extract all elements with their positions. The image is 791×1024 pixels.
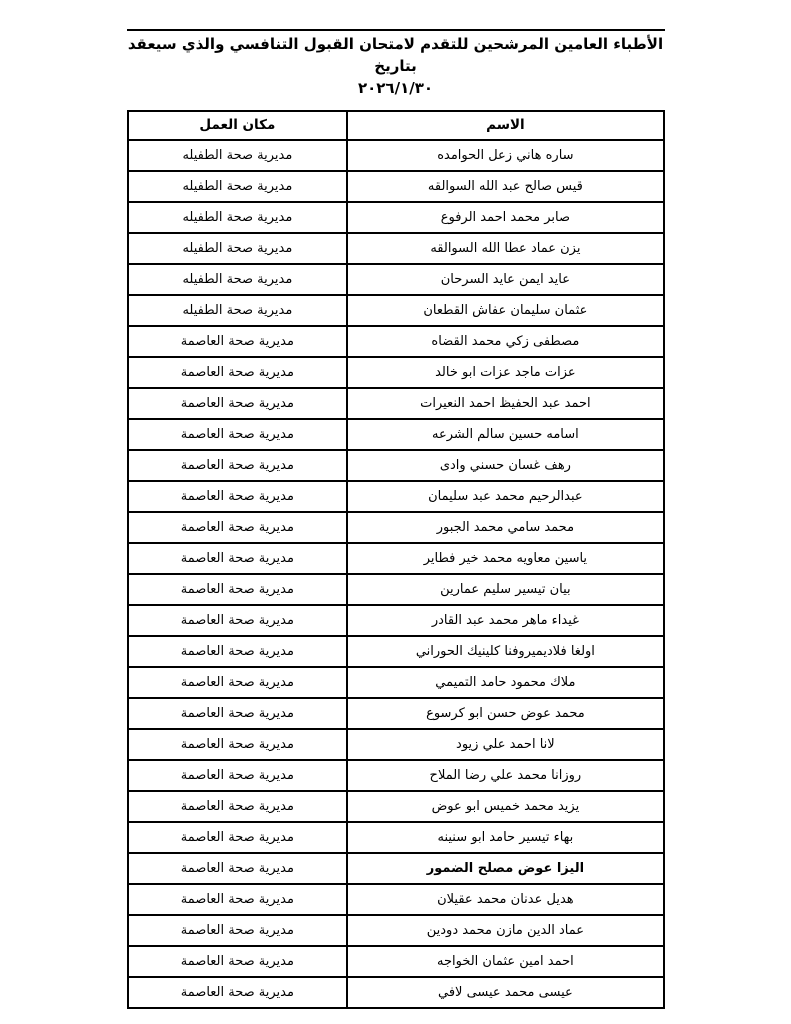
table-row: غيداء ماهر محمد عبد القادر مديرية صحة ال… [128, 605, 664, 636]
candidate-name-cell: عيسى محمد عيسى لافي [347, 977, 663, 1008]
candidate-name-cell: اولغا فلاديميروفنا كلينيك الحوراني [347, 636, 663, 667]
table-row: اليزا عوض مصلح الضمور مديرية صحة العاصمة [128, 853, 664, 884]
candidate-name-cell: رهف غسان حسني وادى [347, 450, 663, 481]
workplace-cell: مديرية صحة العاصمة [128, 636, 348, 667]
candidate-name-cell: ملاك محمود حامد التميمي [347, 667, 663, 698]
table-row: قيس صالح عبد الله السوالقه مديرية صحة ال… [128, 171, 664, 202]
workplace-cell: مديرية صحة العاصمة [128, 543, 348, 574]
candidate-name-cell: صابر محمد احمد الرفوع [347, 202, 663, 233]
candidate-name-cell: بيان تيسير سليم عمارين [347, 574, 663, 605]
workplace-cell: مديرية صحة العاصمة [128, 729, 348, 760]
table-header: الاسم مكان العمل [128, 111, 664, 140]
table-row: هديل عدنان محمد عقيلان مديرية صحة العاصم… [128, 884, 664, 915]
candidate-name-cell: لانا احمد علي زيود [347, 729, 663, 760]
document-sheet: الأطباء العامين المرشحين للتقدم لامتحان … [127, 0, 665, 1009]
workplace-cell: مديرية صحة العاصمة [128, 667, 348, 698]
column-header-workplace: مكان العمل [128, 111, 348, 140]
table-row: عثمان سليمان عفاش القطعان مديرية صحة الط… [128, 295, 664, 326]
workplace-cell: مديرية صحة الطفيله [128, 295, 348, 326]
candidate-name-cell: عثمان سليمان عفاش القطعان [347, 295, 663, 326]
workplace-cell: مديرية صحة العاصمة [128, 605, 348, 636]
candidate-name-cell: اليزا عوض مصلح الضمور [347, 853, 663, 884]
workplace-cell: مديرية صحة العاصمة [128, 915, 348, 946]
candidate-name-cell: عماد الدين مازن محمد دودين [347, 915, 663, 946]
candidate-name-cell: يزن عماد عطا الله السوالقه [347, 233, 663, 264]
table-body: ساره هاني زعل الحوامده مديرية صحة الطفيل… [128, 140, 664, 1008]
candidate-name-cell: عايد ايمن عايد السرحان [347, 264, 663, 295]
table-row: عبدالرحيم محمد عبد سليمان مديرية صحة الع… [128, 481, 664, 512]
table-row: صابر محمد احمد الرفوع مديرية صحة الطفيله [128, 202, 664, 233]
candidate-name-cell: محمد سامي محمد الجبور [347, 512, 663, 543]
table-row: احمد امين عثمان الخواجه مديرية صحة العاص… [128, 946, 664, 977]
table-row: رهف غسان حسني وادى مديرية صحة العاصمة [128, 450, 664, 481]
candidate-name-cell: غيداء ماهر محمد عبد القادر [347, 605, 663, 636]
workplace-cell: مديرية صحة الطفيله [128, 202, 348, 233]
title-block: الأطباء العامين المرشحين للتقدم لامتحان … [127, 29, 665, 99]
document-page: الأطباء العامين المرشحين للتقدم لامتحان … [0, 0, 791, 1024]
workplace-cell: مديرية صحة العاصمة [128, 450, 348, 481]
table-row: عيسى محمد عيسى لافي مديرية صحة العاصمة [128, 977, 664, 1008]
candidate-name-cell: محمد عوض حسن ابو كرسوع [347, 698, 663, 729]
workplace-cell: مديرية صحة العاصمة [128, 791, 348, 822]
table-row: اسامه حسين سالم الشرعه مديرية صحة العاصم… [128, 419, 664, 450]
table-row: محمد سامي محمد الجبور مديرية صحة العاصمة [128, 512, 664, 543]
candidate-name-cell: يزيد محمد خميس ابو عوض [347, 791, 663, 822]
table-row: عماد الدين مازن محمد دودين مديرية صحة ال… [128, 915, 664, 946]
table-row: مصطفى زكي محمد القضاه مديرية صحة العاصمة [128, 326, 664, 357]
table-row: روزانا محمد علي رضا الملاح مديرية صحة ال… [128, 760, 664, 791]
candidate-name-cell: عزات ماجد عزات ابو خالد [347, 357, 663, 388]
column-header-name: الاسم [347, 111, 663, 140]
workplace-cell: مديرية صحة العاصمة [128, 574, 348, 605]
workplace-cell: مديرية صحة العاصمة [128, 326, 348, 357]
header-row: الاسم مكان العمل [128, 111, 664, 140]
candidate-name-cell: روزانا محمد علي رضا الملاح [347, 760, 663, 791]
table-row: ياسين معاويه محمد خير فطاير مديرية صحة ا… [128, 543, 664, 574]
table-row: ساره هاني زعل الحوامده مديرية صحة الطفيل… [128, 140, 664, 171]
document-title: الأطباء العامين المرشحين للتقدم لامتحان … [127, 34, 665, 78]
candidate-name-cell: ياسين معاويه محمد خير فطاير [347, 543, 663, 574]
workplace-cell: مديرية صحة العاصمة [128, 698, 348, 729]
candidate-name-cell: قيس صالح عبد الله السوالقه [347, 171, 663, 202]
table-row: بيان تيسير سليم عمارين مديرية صحة العاصم… [128, 574, 664, 605]
workplace-cell: مديرية صحة الطفيله [128, 233, 348, 264]
candidate-name-cell: اسامه حسين سالم الشرعه [347, 419, 663, 450]
candidate-name-cell: ساره هاني زعل الحوامده [347, 140, 663, 171]
candidate-name-cell: احمد عبد الحفيظ احمد النعيرات [347, 388, 663, 419]
workplace-cell: مديرية صحة الطفيله [128, 140, 348, 171]
workplace-cell: مديرية صحة الطفيله [128, 264, 348, 295]
workplace-cell: مديرية صحة العاصمة [128, 946, 348, 977]
workplace-cell: مديرية صحة العاصمة [128, 357, 348, 388]
workplace-cell: مديرية صحة العاصمة [128, 512, 348, 543]
table-row: ملاك محمود حامد التميمي مديرية صحة العاص… [128, 667, 664, 698]
table-row: اولغا فلاديميروفنا كلينيك الحوراني مديري… [128, 636, 664, 667]
workplace-cell: مديرية صحة العاصمة [128, 388, 348, 419]
table-row: احمد عبد الحفيظ احمد النعيرات مديرية صحة… [128, 388, 664, 419]
candidate-name-cell: هديل عدنان محمد عقيلان [347, 884, 663, 915]
workplace-cell: مديرية صحة العاصمة [128, 760, 348, 791]
workplace-cell: مديرية صحة العاصمة [128, 822, 348, 853]
table-row: عايد ايمن عايد السرحان مديرية صحة الطفيل… [128, 264, 664, 295]
workplace-cell: مديرية صحة العاصمة [128, 977, 348, 1008]
workplace-cell: مديرية صحة العاصمة [128, 419, 348, 450]
table-row: يزن عماد عطا الله السوالقه مديرية صحة ال… [128, 233, 664, 264]
exam-date: ٢٠٢٦/١/٣٠ [127, 78, 665, 99]
candidate-name-cell: بهاء تيسير حامد ابو سنينه [347, 822, 663, 853]
candidates-table: الاسم مكان العمل ساره هاني زعل الحوامده … [127, 110, 665, 1009]
workplace-cell: مديرية صحة الطفيله [128, 171, 348, 202]
table-row: يزيد محمد خميس ابو عوض مديرية صحة العاصم… [128, 791, 664, 822]
workplace-cell: مديرية صحة العاصمة [128, 481, 348, 512]
table-row: عزات ماجد عزات ابو خالد مديرية صحة العاص… [128, 357, 664, 388]
table-row: لانا احمد علي زيود مديرية صحة العاصمة [128, 729, 664, 760]
table-row: بهاء تيسير حامد ابو سنينه مديرية صحة الع… [128, 822, 664, 853]
candidate-name-cell: مصطفى زكي محمد القضاه [347, 326, 663, 357]
workplace-cell: مديرية صحة العاصمة [128, 884, 348, 915]
workplace-cell: مديرية صحة العاصمة [128, 853, 348, 884]
candidate-name-cell: عبدالرحيم محمد عبد سليمان [347, 481, 663, 512]
table-row: محمد عوض حسن ابو كرسوع مديرية صحة العاصم… [128, 698, 664, 729]
candidate-name-cell: احمد امين عثمان الخواجه [347, 946, 663, 977]
